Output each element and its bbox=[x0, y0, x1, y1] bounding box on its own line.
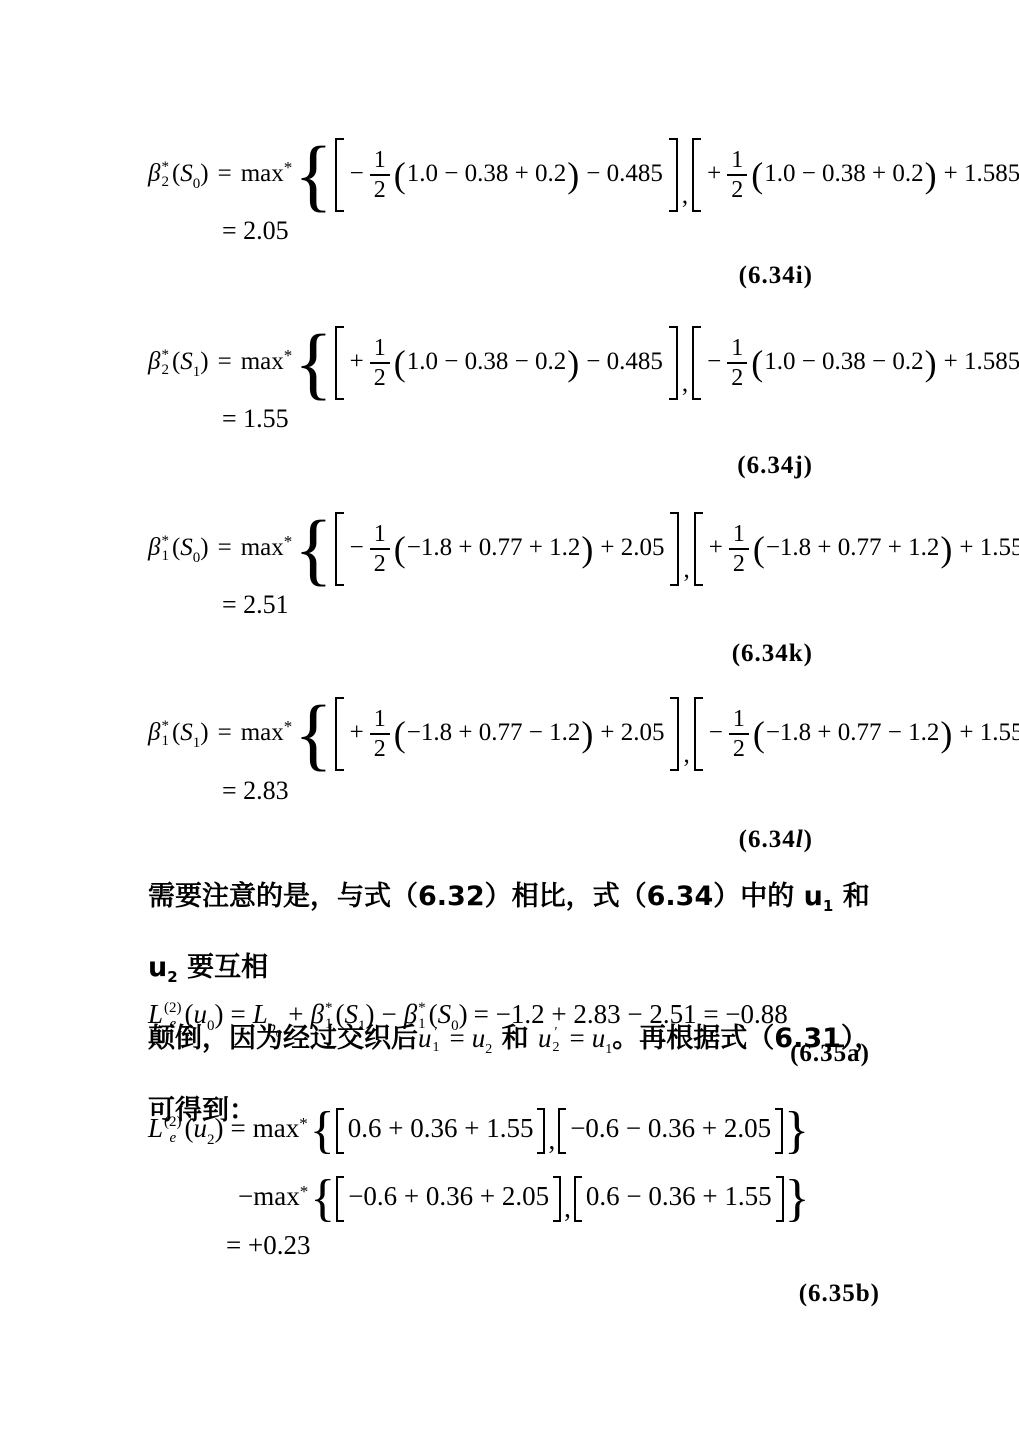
term-tail: − 0.485 bbox=[586, 160, 663, 187]
left-bracket bbox=[574, 1176, 582, 1222]
left-bracket bbox=[694, 697, 703, 771]
sup-sub-stack: *1 bbox=[161, 719, 169, 751]
paren: ) bbox=[200, 348, 208, 375]
paren: ( bbox=[429, 999, 438, 1029]
term-sign: − bbox=[350, 160, 364, 187]
left-brace: { bbox=[310, 1170, 335, 1227]
equals-sign: = bbox=[218, 534, 232, 561]
paren: ( bbox=[751, 343, 763, 383]
equation-6.35a: L(2)e(u0)=Lp0+β*1(S1)−β*1(S0)= −1.2 + 2.… bbox=[148, 984, 788, 1044]
max-operator: max bbox=[253, 1181, 300, 1211]
equation-label-6.35b: (6.35b) bbox=[148, 1280, 880, 1308]
sup-sub-stack: *2 bbox=[161, 160, 169, 192]
term-expression: −1.8 + 0.77 − 1.2 bbox=[766, 719, 940, 746]
term-tail: + 2.05 bbox=[600, 534, 664, 561]
sup-sub-stack: (2)e bbox=[164, 1115, 182, 1147]
max-operator: max bbox=[241, 348, 284, 375]
beta-symbol: β bbox=[404, 999, 417, 1029]
equation-label-6.35a: (6.35a) bbox=[148, 1040, 870, 1068]
equation-result: = 1.55 bbox=[222, 404, 289, 434]
right-bracket bbox=[669, 138, 678, 212]
fraction: 12 bbox=[370, 521, 390, 578]
u-subscript: 2 bbox=[207, 1132, 215, 1148]
star-operator: * bbox=[299, 1114, 308, 1133]
paren: ) bbox=[567, 155, 579, 195]
equation-result: = 2.51 bbox=[222, 590, 289, 620]
state-symbol: S bbox=[180, 348, 193, 375]
sup-sub-stack: (2)e bbox=[164, 1001, 182, 1033]
equation-6.35b-line2: −max*{−0.6 + 0.36 + 2.05,0.6 − 0.36 + 1.… bbox=[238, 1162, 810, 1222]
right-bracket bbox=[776, 1176, 784, 1222]
right-bracket bbox=[553, 1176, 561, 1222]
left-bracket bbox=[694, 512, 703, 586]
paren: ) bbox=[925, 155, 937, 195]
cn-text: 要互相 bbox=[178, 952, 268, 983]
equation-result: = 2.83 bbox=[222, 776, 289, 806]
u1-bold: u bbox=[804, 881, 823, 912]
term-expression: 1.0 − 0.38 + 0.2 bbox=[407, 160, 566, 187]
left-brace: { bbox=[294, 319, 332, 407]
term-expression: 1.0 − 0.38 − 0.2 bbox=[764, 348, 923, 375]
star-operator: * bbox=[284, 158, 293, 177]
term-sign: − bbox=[709, 719, 723, 746]
equals-sign: = bbox=[218, 719, 232, 746]
paren: ( bbox=[185, 999, 194, 1029]
term-sign: + bbox=[709, 534, 723, 561]
equals-sign: = bbox=[231, 1113, 246, 1143]
equals-sign: = bbox=[218, 348, 232, 375]
sup-sub-stack: *1 bbox=[418, 1001, 426, 1033]
left-brace: { bbox=[294, 505, 332, 593]
fraction: 12 bbox=[370, 706, 390, 763]
u-subscript: 0 bbox=[207, 1018, 215, 1034]
term-expression: 1.0 − 0.38 − 0.2 bbox=[407, 348, 566, 375]
term-expression: 0.6 − 0.36 + 1.55 bbox=[586, 1181, 772, 1211]
paren: ) bbox=[200, 719, 208, 746]
sup-sub-stack: *2 bbox=[161, 348, 169, 380]
paren: ) bbox=[581, 714, 593, 754]
star-operator: * bbox=[284, 346, 293, 365]
term-tail: + 2.05 bbox=[600, 719, 664, 746]
left-bracket bbox=[335, 138, 344, 212]
paren: ( bbox=[394, 343, 406, 383]
state-subscript: 0 bbox=[451, 1018, 459, 1034]
star-operator: * bbox=[284, 532, 293, 551]
equation-label-6.34i: (6.34i) bbox=[148, 262, 813, 290]
right-brace: } bbox=[784, 1102, 809, 1159]
equation-result: = +0.23 bbox=[226, 1230, 310, 1261]
paren: ) bbox=[215, 999, 224, 1029]
beta-symbol: β bbox=[311, 999, 324, 1029]
paren: ) bbox=[581, 529, 593, 569]
term-sign: + bbox=[350, 348, 364, 375]
paren: ( bbox=[394, 714, 406, 754]
sup-sub-stack: *1 bbox=[325, 1001, 333, 1033]
state-symbol: S bbox=[438, 999, 452, 1029]
term-expression: −1.8 + 0.77 + 1.2 bbox=[407, 534, 581, 561]
beta-symbol: β bbox=[148, 719, 160, 746]
state-symbol: S bbox=[180, 719, 193, 746]
cn-text: 需要注意的是，与式（6.32）相比，式（6.34）中的 bbox=[148, 881, 804, 912]
paren: ( bbox=[185, 1113, 194, 1143]
paren: ( bbox=[394, 529, 406, 569]
u1-subscript: 1 bbox=[823, 897, 833, 915]
u-symbol: u bbox=[194, 999, 208, 1029]
sup-sub-stack: *1 bbox=[161, 534, 169, 566]
beta-symbol: β bbox=[148, 534, 160, 561]
minus-sign: − bbox=[381, 999, 396, 1029]
term-sign: − bbox=[707, 348, 721, 375]
left-bracket bbox=[335, 512, 344, 586]
fraction: 12 bbox=[729, 706, 749, 763]
paren: ) bbox=[940, 714, 952, 754]
comma: , bbox=[683, 556, 689, 583]
term-expression: 0.6 + 0.36 + 1.55 bbox=[348, 1113, 534, 1143]
state-symbol: S bbox=[344, 999, 358, 1029]
italic-l: l bbox=[796, 826, 804, 853]
right-bracket bbox=[775, 1108, 783, 1154]
L-symbol: L bbox=[148, 999, 163, 1029]
state-symbol: S bbox=[180, 534, 193, 561]
u2-bold: u bbox=[148, 952, 167, 983]
left-bracket bbox=[336, 1176, 344, 1222]
comma: , bbox=[682, 370, 688, 397]
right-bracket bbox=[670, 697, 679, 771]
equals-sign: = bbox=[231, 999, 246, 1029]
equation-6.34i: β*2(S0)=max*{−12(1.0 − 0.38 + 0.2)− 0.48… bbox=[148, 126, 1019, 210]
paren: ) bbox=[940, 529, 952, 569]
plus-sign: + bbox=[288, 999, 303, 1029]
fraction: 12 bbox=[729, 521, 749, 578]
term-sign: + bbox=[707, 160, 721, 187]
max-operator: max bbox=[241, 534, 284, 561]
p0-subscript: 0 bbox=[276, 1028, 282, 1040]
term-expression: −1.8 + 0.77 − 1.2 bbox=[407, 719, 581, 746]
comma: , bbox=[683, 741, 689, 768]
paren: ) bbox=[200, 534, 208, 561]
left-brace: { bbox=[294, 131, 332, 219]
fraction: 12 bbox=[370, 147, 390, 204]
equation-result: = 2.05 bbox=[222, 216, 289, 246]
right-bracket bbox=[669, 326, 678, 400]
left-bracket bbox=[336, 1108, 344, 1154]
paren: ) bbox=[567, 343, 579, 383]
p-subscript: p bbox=[268, 1019, 276, 1036]
term-sign: − bbox=[350, 534, 364, 561]
paren: ) bbox=[365, 999, 374, 1029]
state-symbol: S bbox=[180, 160, 193, 187]
term-expression: −1.8 + 0.77 + 1.2 bbox=[766, 534, 940, 561]
equation-label-6.34j: (6.34j) bbox=[148, 452, 813, 480]
equation-label-6.34l: (6.34l) bbox=[148, 826, 813, 854]
equation-6.34k: β*1(S0)=max*{−12(−1.8 + 0.77 + 1.2)+ 2.0… bbox=[148, 500, 1019, 584]
term-expression: 1.0 − 0.38 + 0.2 bbox=[764, 160, 923, 187]
comma: , bbox=[682, 182, 688, 209]
paren: ( bbox=[394, 155, 406, 195]
left-bracket bbox=[692, 326, 701, 400]
term-sign: + bbox=[350, 719, 364, 746]
paren: ) bbox=[200, 160, 208, 187]
star-operator: * bbox=[284, 717, 293, 736]
beta-symbol: β bbox=[148, 160, 160, 187]
paren: ) bbox=[459, 999, 468, 1029]
left-bracket bbox=[335, 326, 344, 400]
left-brace: { bbox=[294, 690, 332, 778]
beta-symbol: β bbox=[148, 348, 160, 375]
L-symbol: L bbox=[148, 1113, 163, 1143]
max-operator: max bbox=[241, 160, 284, 187]
term-expression: −0.6 − 0.36 + 2.05 bbox=[570, 1113, 771, 1143]
max-operator: max bbox=[241, 719, 284, 746]
comma: , bbox=[564, 1193, 571, 1223]
minus-sign: − bbox=[238, 1181, 253, 1211]
paren: ) bbox=[215, 1113, 224, 1143]
left-bracket bbox=[558, 1108, 566, 1154]
fraction: 12 bbox=[727, 335, 747, 392]
paren: ) bbox=[925, 343, 937, 383]
u-symbol: u bbox=[194, 1113, 208, 1143]
right-brace: } bbox=[785, 1170, 810, 1227]
term-tail: + 1.55 bbox=[959, 719, 1019, 746]
term-tail: − 0.485 bbox=[586, 348, 663, 375]
term-tail: + 1.585 bbox=[944, 348, 1019, 375]
paren: ( bbox=[753, 714, 765, 754]
cn-text: 和 bbox=[833, 881, 869, 912]
right-bracket bbox=[537, 1108, 545, 1154]
Lp-symbol: L bbox=[253, 999, 268, 1029]
equation-6.34l: β*1(S1)=max*{+12(−1.8 + 0.77 − 1.2)+ 2.0… bbox=[148, 685, 1019, 769]
term-tail: + 1.55 bbox=[959, 534, 1019, 561]
right-bracket bbox=[670, 512, 679, 586]
left-bracket bbox=[335, 697, 344, 771]
equals-sign: = bbox=[218, 160, 232, 187]
max-operator: max bbox=[253, 1113, 300, 1143]
left-brace: { bbox=[310, 1102, 335, 1159]
equation-6.35b-line1: L(2)e(u2)=max*{0.6 + 0.36 + 1.55,−0.6 − … bbox=[148, 1094, 809, 1154]
numeric-tail: = −1.2 + 2.83 − 2.51 = −0.88 bbox=[474, 999, 788, 1029]
paren: ( bbox=[753, 529, 765, 569]
term-tail: + 1.585 bbox=[944, 160, 1019, 187]
equation-label-6.34k: (6.34k) bbox=[148, 640, 813, 668]
star-operator: * bbox=[300, 1182, 309, 1201]
left-bracket bbox=[692, 138, 701, 212]
fraction: 12 bbox=[370, 335, 390, 392]
term-expression: −0.6 + 0.36 + 2.05 bbox=[348, 1181, 549, 1211]
comma: , bbox=[548, 1125, 555, 1155]
document-page: β*2(S0)=max*{−12(1.0 − 0.38 + 0.2)− 0.48… bbox=[0, 0, 1019, 1440]
fraction: 12 bbox=[727, 147, 747, 204]
paren: ( bbox=[751, 155, 763, 195]
equation-6.34j: β*2(S1)=max*{+12(1.0 − 0.38 − 0.2)− 0.48… bbox=[148, 314, 1019, 398]
